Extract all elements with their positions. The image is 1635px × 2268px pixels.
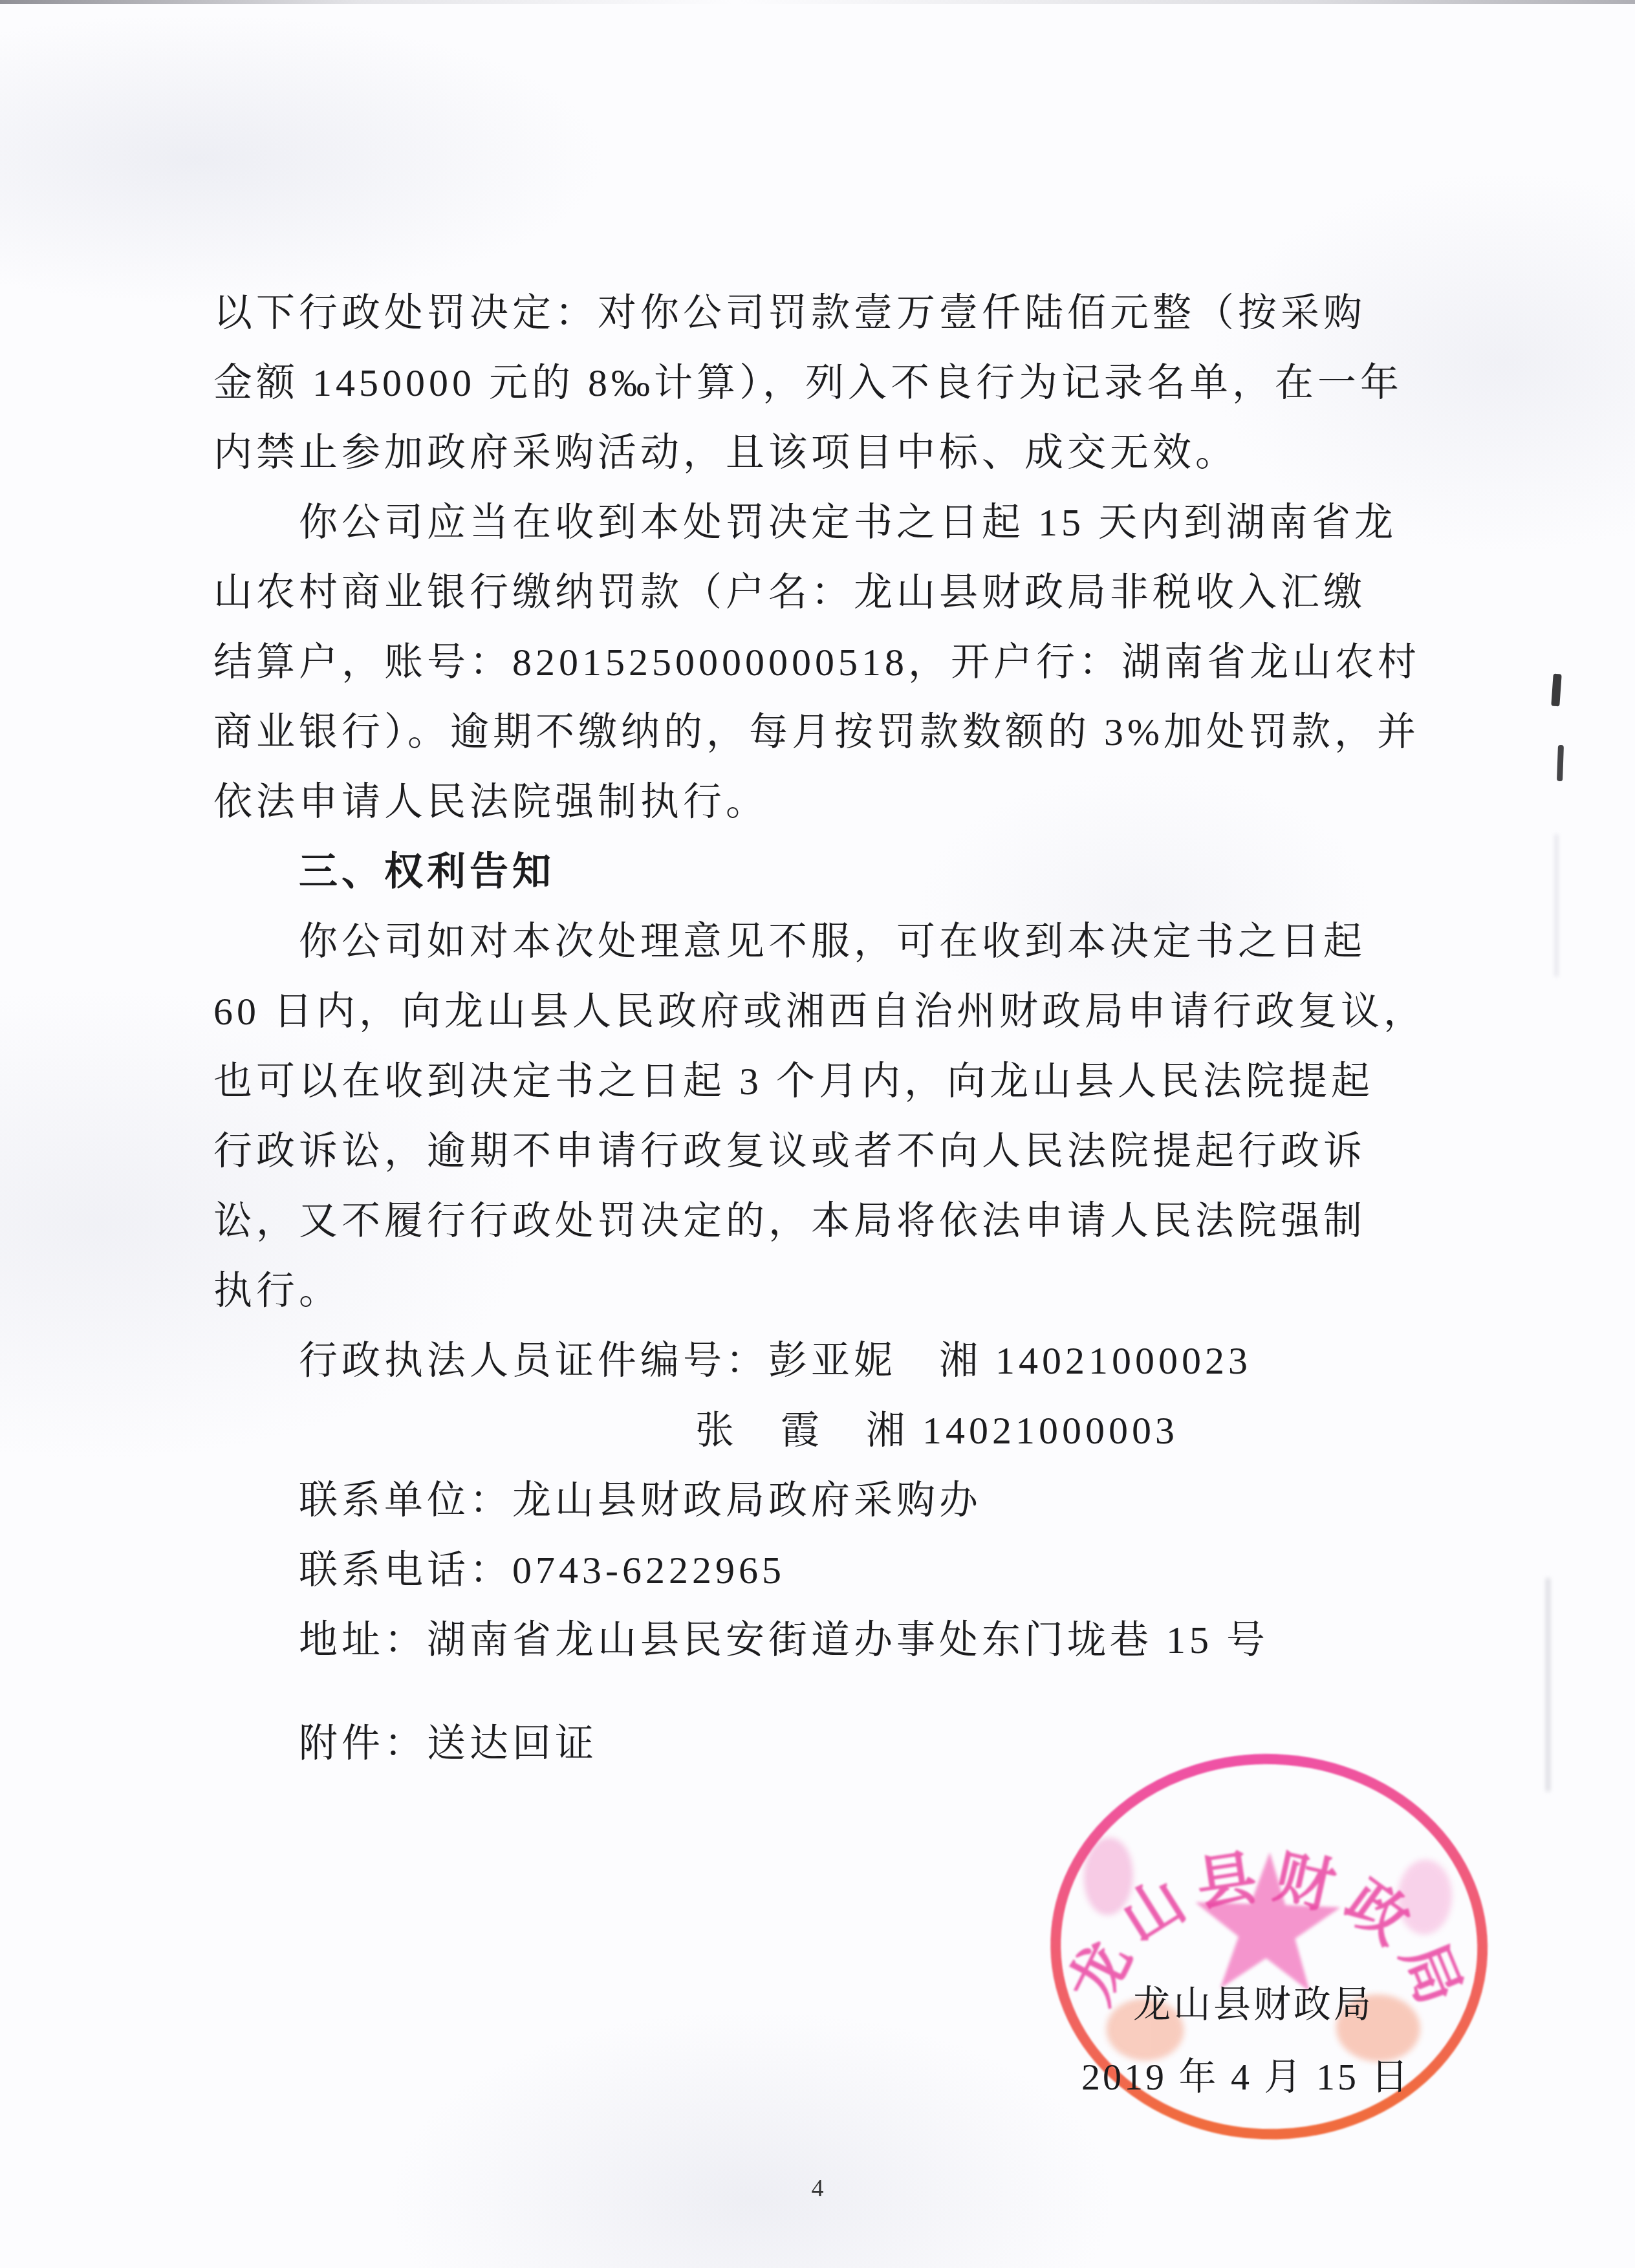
body-line: 60 日内，向龙山县人民政府或湘西自治州财政局申请行政复议，: [213, 977, 1400, 1046]
scan-artifact: [1557, 745, 1564, 781]
page-number: 4: [0, 2174, 1635, 2203]
document-body: 以下行政处罚决定：对你公司罚款壹万壹仟陆佰元整（按采购 金额 1450000 元…: [213, 278, 1400, 1778]
body-line: 讼，又不履行行政处罚决定的，本局将依法申请人民法院强制: [213, 1186, 1400, 1256]
body-line: 你公司应当在收到本处罚决定书之日起 15 天内到湖南省龙: [213, 488, 1400, 557]
contact-unit-line: 联系单位：龙山县财政局政府采购办: [213, 1465, 1400, 1535]
body-line: 行政诉讼，逾期不申请行政复议或者不向人民法院提起行政诉: [213, 1116, 1400, 1186]
body-line: 内禁止参加政府采购活动，且该项目中标、成交无效。: [213, 418, 1400, 488]
paper-crease: [1555, 834, 1558, 977]
body-line: 山农村商业银行缴纳罚款（户名：龙山县财政局非税收入汇缴: [213, 557, 1400, 627]
body-line: 商业银行）。逾期不缴纳的，每月按罚款数额的 3%加处罚款，并: [213, 697, 1400, 767]
bank-account-line: 结算户，账号：82015250000000518，开户行：湖南省龙山农村: [213, 627, 1400, 697]
body-line: 执行。: [213, 1256, 1400, 1326]
body-line: 也可以在收到决定书之日起 3 个月内，向龙山县人民法院提起: [213, 1046, 1400, 1116]
issuing-authority: 龙山县财政局: [1133, 1974, 1374, 2028]
section-heading-rights-notice: 三、权利告知: [213, 837, 1400, 907]
document-page: { "document": { "lines": [ "以下行政处罚决定：对你公…: [0, 0, 1635, 2268]
body-line: 金额 1450000 元的 8‰计算），列入不良行为记录名单，在一年: [213, 348, 1400, 418]
scan-edge-shadow: [0, 0, 1635, 4]
decision-date: 2019 年 4 月 15 日: [1081, 2046, 1411, 2101]
address-line: 地址：湖南省龙山县民安街道办事处东门垅巷 15 号: [213, 1605, 1400, 1675]
scan-artifact: [1551, 674, 1561, 707]
body-line: 依法申请人民法院强制执行。: [213, 767, 1400, 837]
contact-phone-line: 联系电话：0743-6222965: [213, 1535, 1400, 1605]
body-line: 你公司如对本次处理意见不服，可在收到本决定书之日起: [213, 907, 1400, 977]
enforcement-officer-1-line: 行政执法人员证件编号：彭亚妮 湘 14021000023: [213, 1326, 1400, 1396]
paper-crease: [1546, 1578, 1550, 1791]
body-line: 以下行政处罚决定：对你公司罚款壹万壹仟陆佰元整（按采购: [213, 278, 1400, 348]
enforcement-officer-2-line: 张 霞 湘 14021000003: [213, 1396, 1400, 1465]
